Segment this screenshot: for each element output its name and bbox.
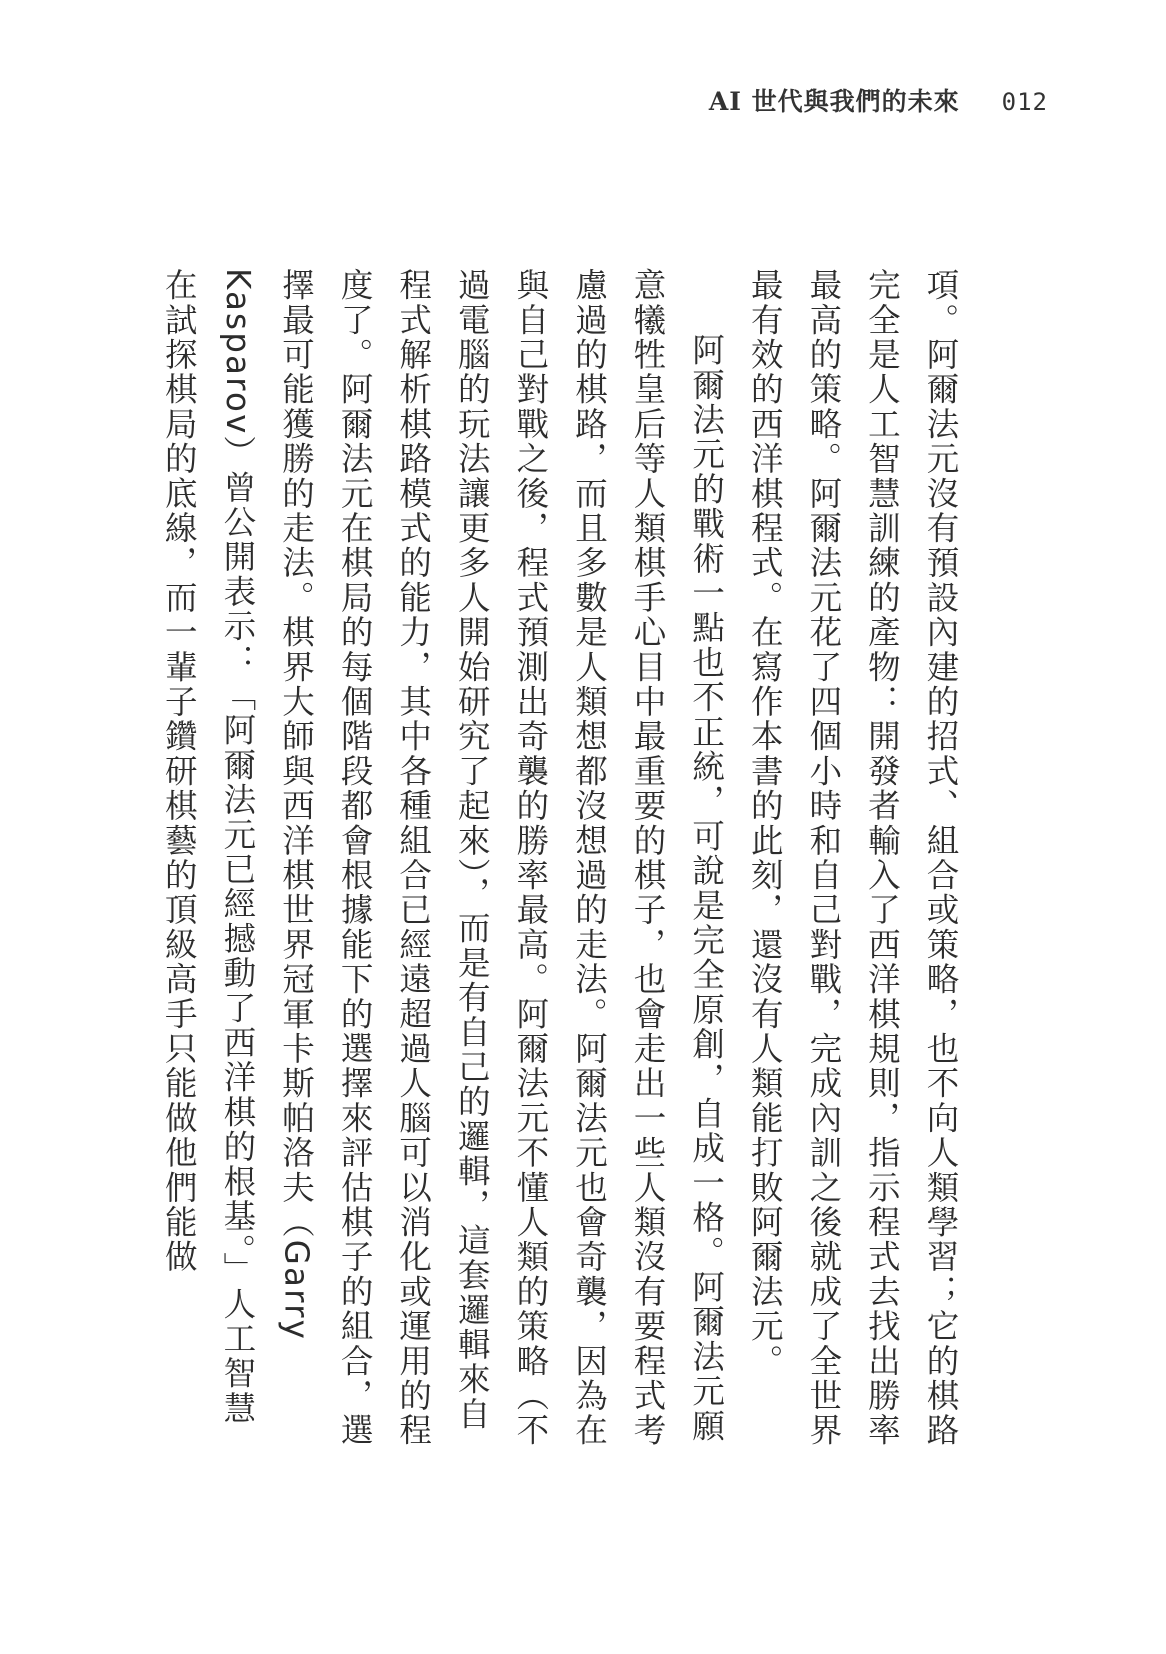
paragraph-2: 阿爾法元的戰術一點也不正統，可說是完全原創，自成一格。阿爾法元願意犧牲皇后等人類… [150, 268, 736, 1458]
page-number: 012 [1002, 88, 1048, 116]
running-header: AI 世代與我們的未來 012 [709, 82, 1048, 118]
book-title: AI 世代與我們的未來 [709, 82, 960, 118]
body-text: 項。阿爾法元沒有預設內建的招式、組合或策略，也不向人類學習；它的棋路完全是人工智… [150, 268, 970, 1458]
paragraph-1: 項。阿爾法元沒有預設內建的招式、組合或策略，也不向人類學習；它的棋路完全是人工智… [736, 268, 970, 1458]
